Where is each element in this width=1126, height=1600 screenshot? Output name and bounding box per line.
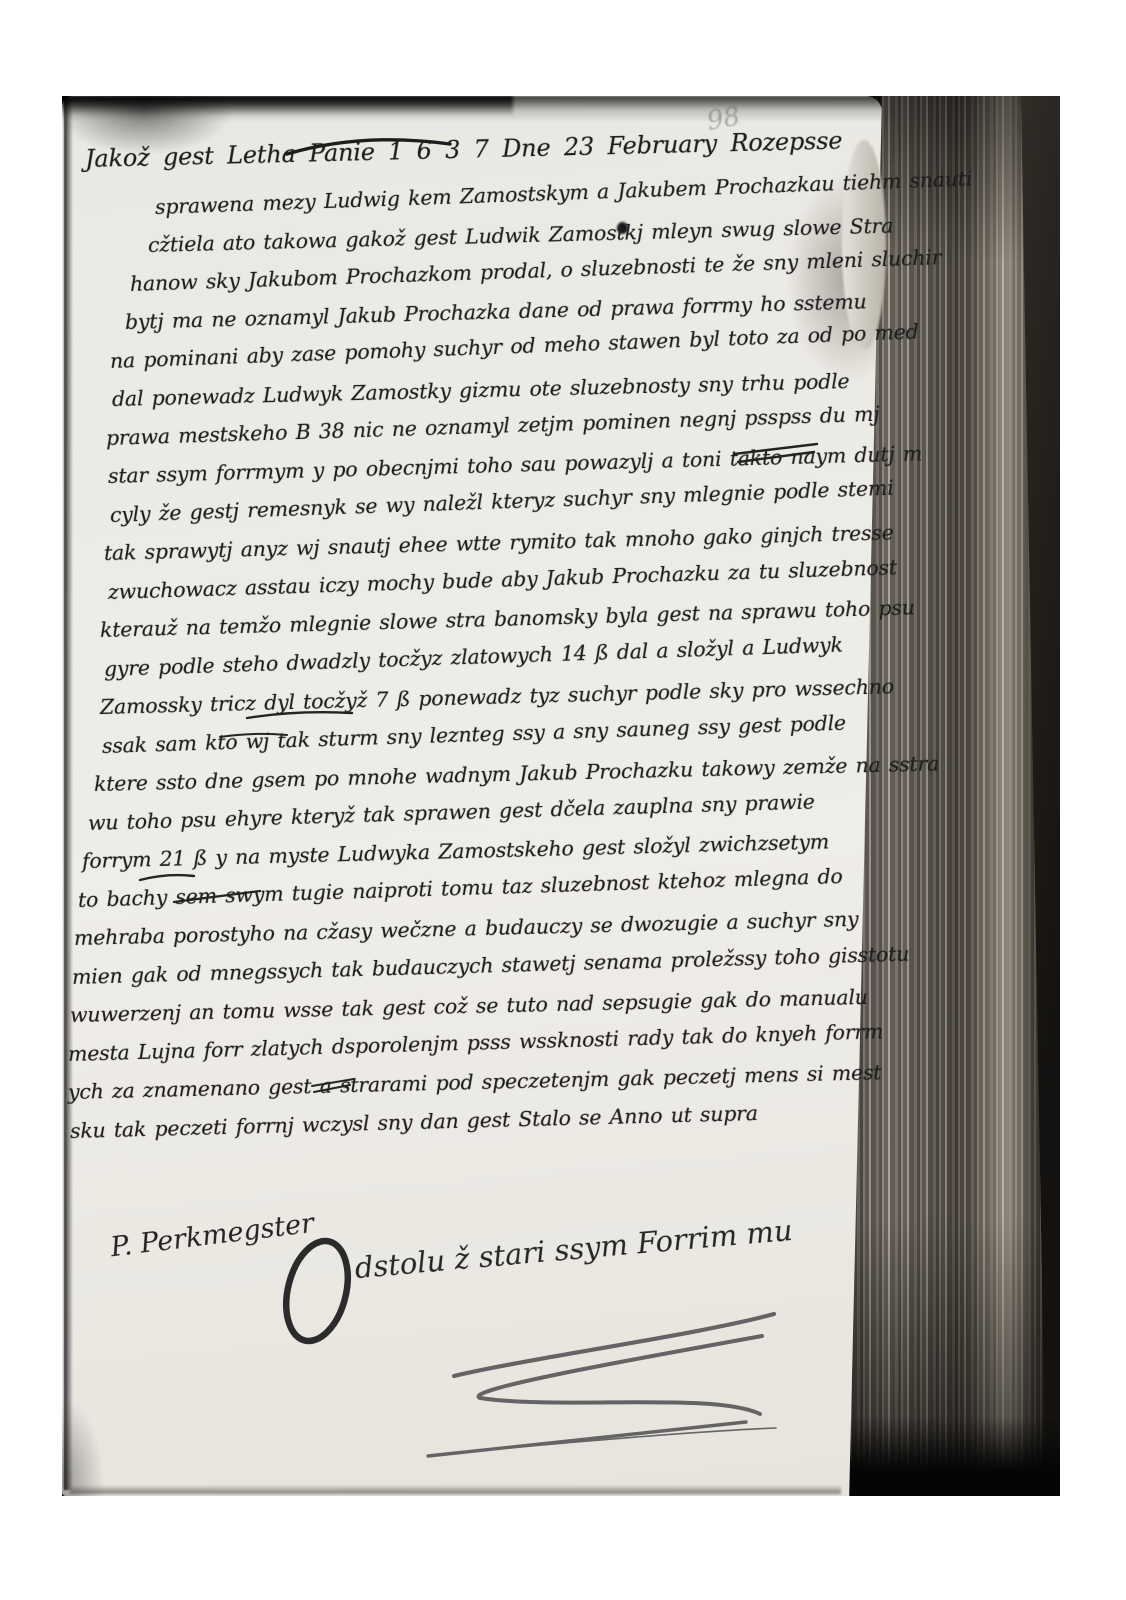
date-overline-flourish xyxy=(287,140,450,154)
underline-amount-21 xyxy=(174,891,260,902)
book-scan-photo: 98 Jakož gest Letha Panie 1 6 3 7 Dne 23… xyxy=(62,96,1060,1496)
underline-word xyxy=(140,875,194,880)
signature-initial-O xyxy=(277,1234,358,1347)
strikethrough-mark-1 xyxy=(734,444,817,462)
underline-amount-7 xyxy=(220,734,287,737)
strikethrough-mark-2 xyxy=(312,1079,354,1092)
ink-strokes-overlay xyxy=(62,96,1060,1496)
underline-amount-14 xyxy=(247,712,352,718)
signature-paraph-flourish xyxy=(428,1314,776,1456)
